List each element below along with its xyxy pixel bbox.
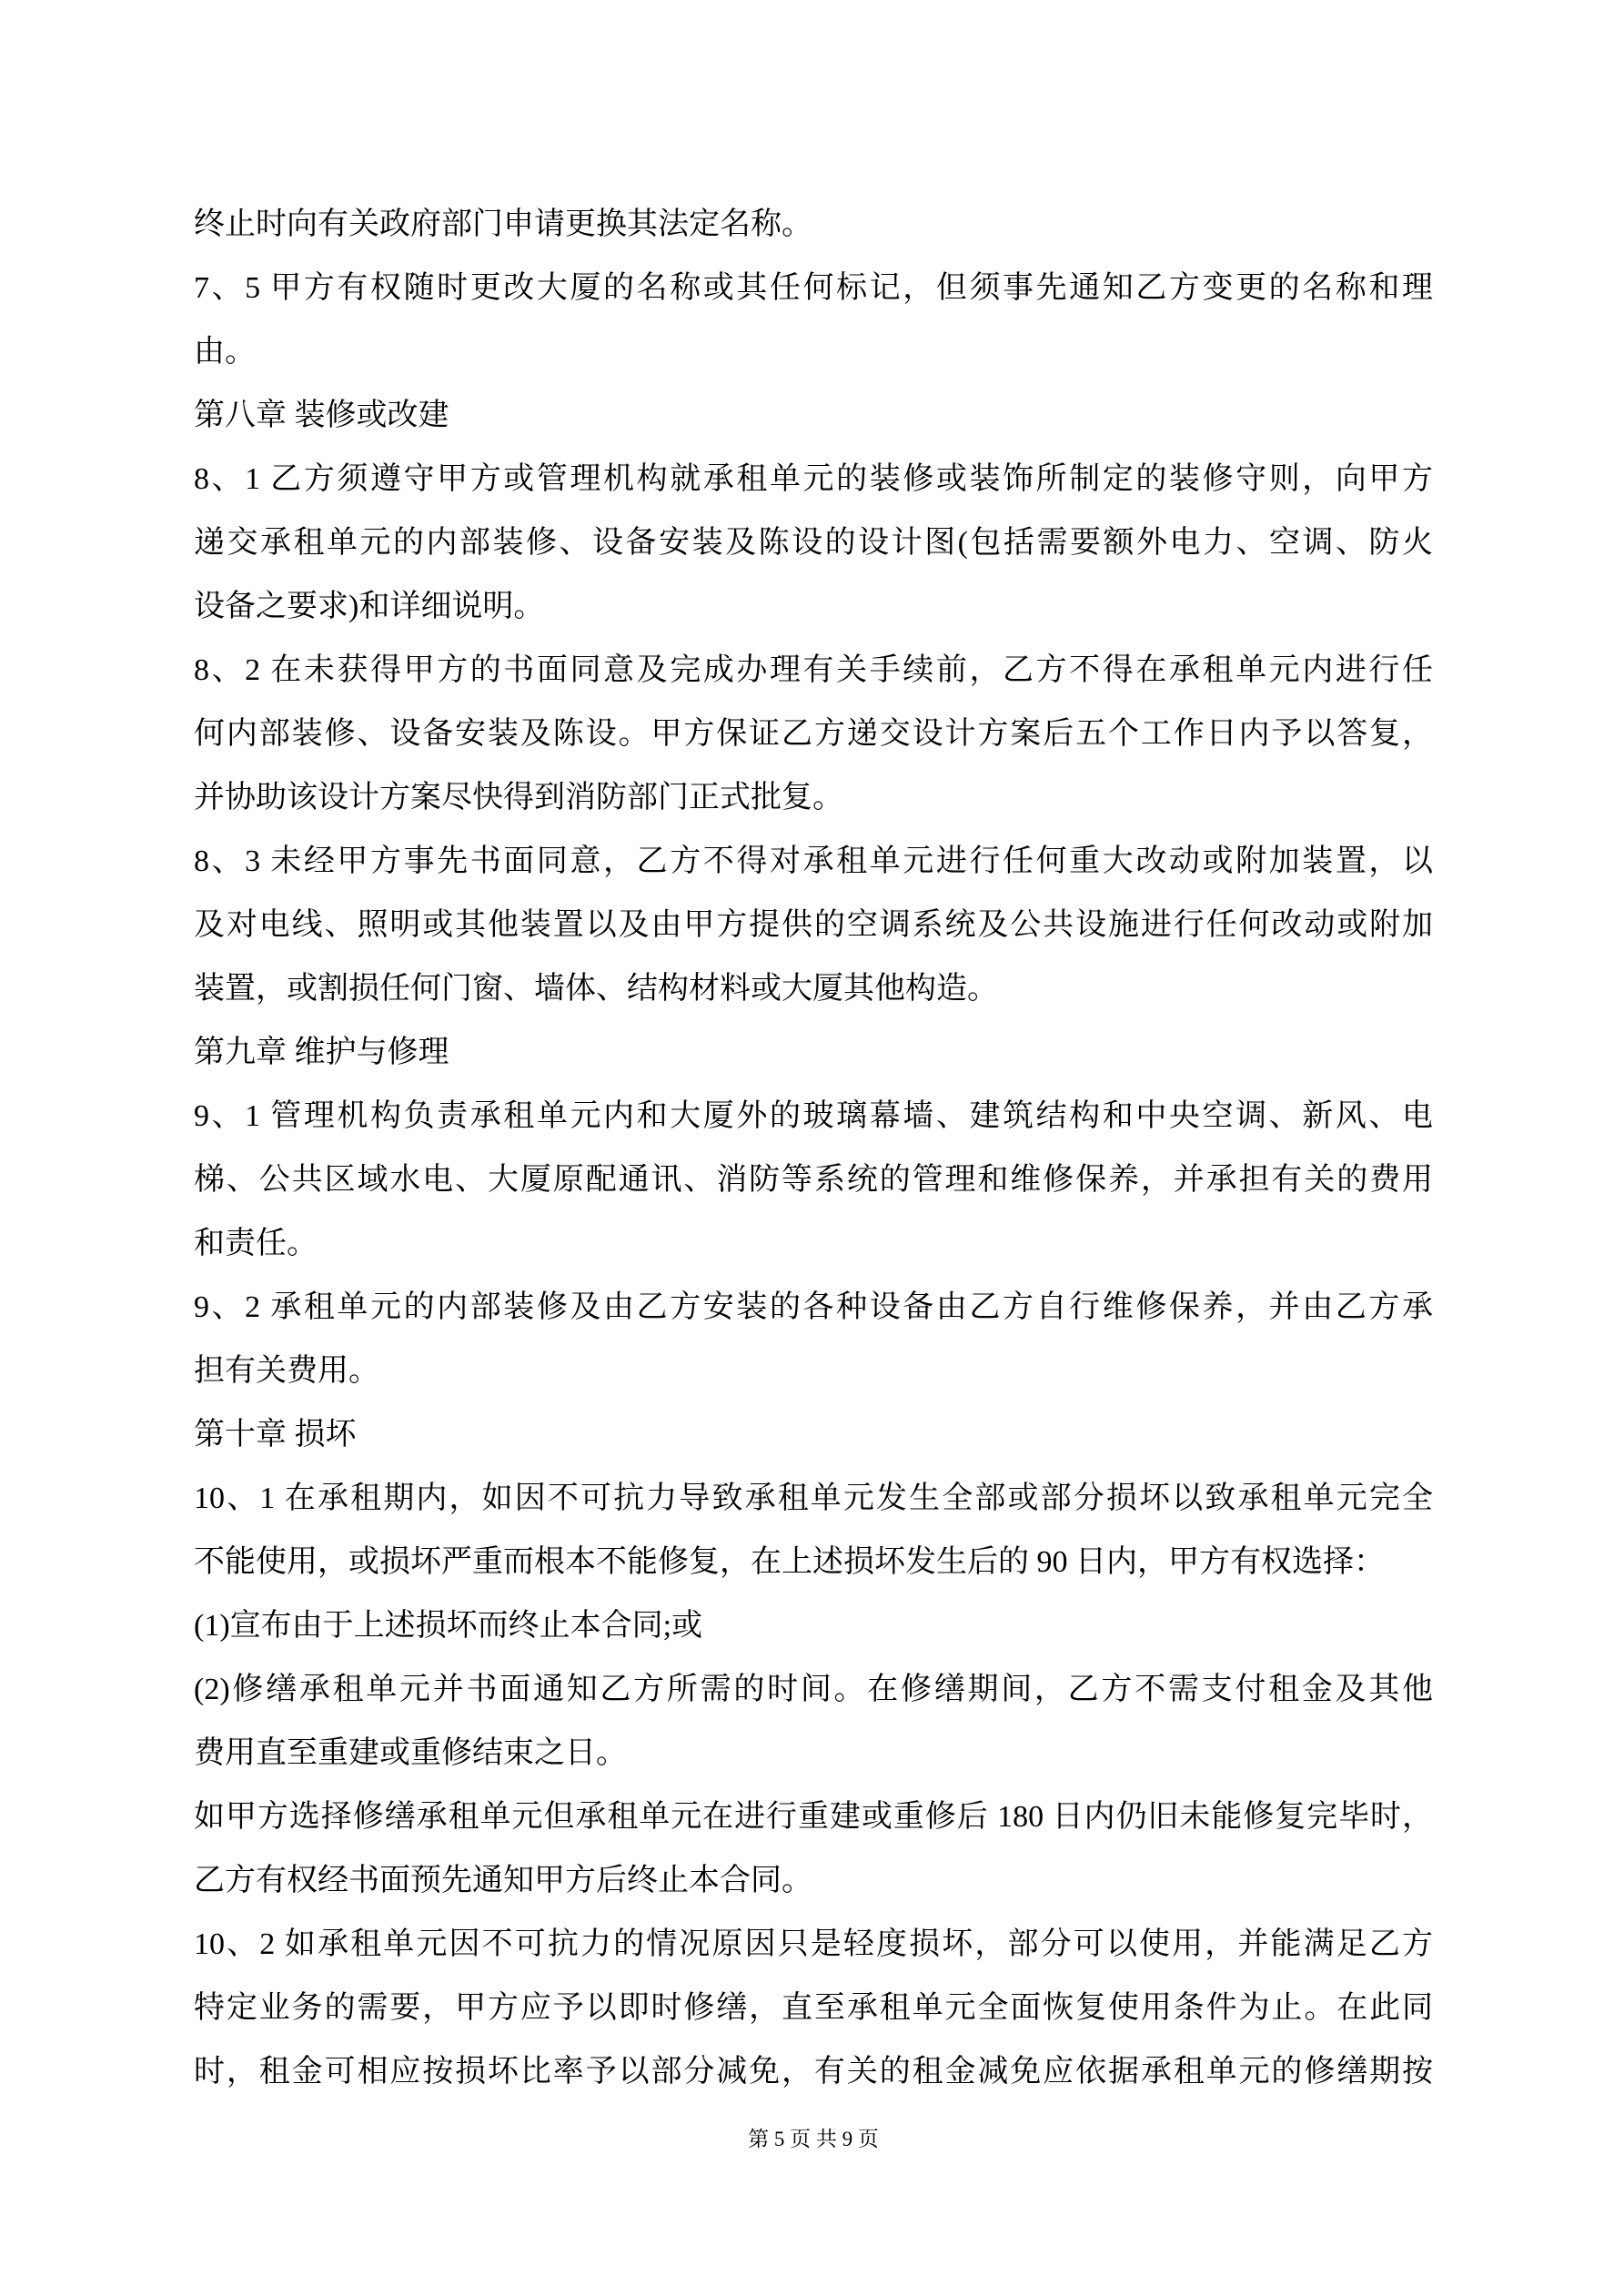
text-line-20: 第十章 损坏	[194, 1403, 1433, 1467]
text-line-23: (1)宣布由于上述损坏而终止本合同;或	[194, 1594, 1433, 1658]
text-line-7: 设备之要求)和详细说明。	[194, 575, 1433, 639]
text-line-25: 费用直至重建或重修结束之日。	[194, 1722, 1433, 1785]
text-line-18: 9、2 承租单元的内部装修及由乙方安装的各种设备由乙方自行维修保养，并由乙方承	[194, 1276, 1433, 1340]
text-line-17: 和责任。	[194, 1212, 1433, 1276]
text-line-24: (2)修缮承租单元并书面通知乙方所需的时间。在修缮期间，乙方不需支付租金及其他	[194, 1658, 1433, 1722]
text-line-9: 何内部装修、设备安装及陈设。甲方保证乙方递交设计方案后五个工作日内予以答复，	[194, 703, 1433, 766]
text-line-13: 装置，或割损任何门窗、墙体、结构材料或大厦其他构造。	[194, 957, 1433, 1021]
text-line-14: 第九章 维护与修理	[194, 1021, 1433, 1085]
text-line-11: 8、3 未经甲方事先书面同意，乙方不得对承租单元进行任何重大改动或附加装置，以	[194, 830, 1433, 894]
text-line-22: 不能使用，或损坏严重而根本不能修复，在上述损坏发生后的 90 日内，甲方有权选择…	[194, 1531, 1433, 1594]
text-line-15: 9、1 管理机构负责承租单元内和大厦外的玻璃幕墙、建筑结构和中央空调、新风、电	[194, 1085, 1433, 1148]
text-line-4: 第八章 装修或改建	[194, 384, 1433, 448]
text-line-3: 由。	[194, 320, 1433, 384]
contract-text-block: 终止时向有关政府部门申请更换其法定名称。7、5 甲方有权随时更改大厦的名称或其任…	[194, 193, 1433, 2104]
text-line-27: 乙方有权经书面预先通知甲方后终止本合同。	[194, 1849, 1433, 1913]
text-line-10: 并协助该设计方案尽快得到消防部门正式批复。	[194, 766, 1433, 830]
page-footer: 第 5 页 共 9 页	[194, 2126, 1433, 2153]
text-line-6: 递交承租单元的内部装修、设备安装及陈设的设计图(包括需要额外电力、空调、防火	[194, 511, 1433, 575]
text-line-26: 如甲方选择修缮承租单元但承租单元在进行重建或重修后 180 日内仍旧未能修复完毕…	[194, 1785, 1433, 1849]
text-line-30: 时，租金可相应按损坏比率予以部分减免，有关的租金减免应依据承租单元的修缮期按	[194, 2040, 1433, 2104]
text-line-19: 担有关费用。	[194, 1340, 1433, 1403]
text-line-1: 终止时向有关政府部门申请更换其法定名称。	[194, 193, 1433, 257]
text-line-16: 梯、公共区域水电、大厦原配通讯、消防等系统的管理和维修保养，并承担有关的费用	[194, 1148, 1433, 1212]
document-page: 终止时向有关政府部门申请更换其法定名称。7、5 甲方有权随时更改大厦的名称或其任…	[0, 0, 1624, 2296]
text-line-12: 及对电线、照明或其他装置以及由甲方提供的空调系统及公共设施进行任何改动或附加	[194, 894, 1433, 957]
text-line-8: 8、2 在未获得甲方的书面同意及完成办理有关手续前，乙方不得在承租单元内进行任	[194, 639, 1433, 703]
text-line-29: 特定业务的需要，甲方应予以即时修缮，直至承租单元全面恢复使用条件为止。在此同	[194, 1977, 1433, 2040]
text-line-28: 10、2 如承租单元因不可抗力的情况原因只是轻度损坏，部分可以使用，并能满足乙方	[194, 1913, 1433, 1977]
text-line-5: 8、1 乙方须遵守甲方或管理机构就承租单元的装修或装饰所制定的装修守则，向甲方	[194, 448, 1433, 511]
text-line-2: 7、5 甲方有权随时更改大厦的名称或其任何标记，但须事先通知乙方变更的名称和理	[194, 257, 1433, 320]
text-line-21: 10、1 在承租期内，如因不可抗力导致承租单元发生全部或部分损坏以致承租单元完全	[194, 1467, 1433, 1531]
